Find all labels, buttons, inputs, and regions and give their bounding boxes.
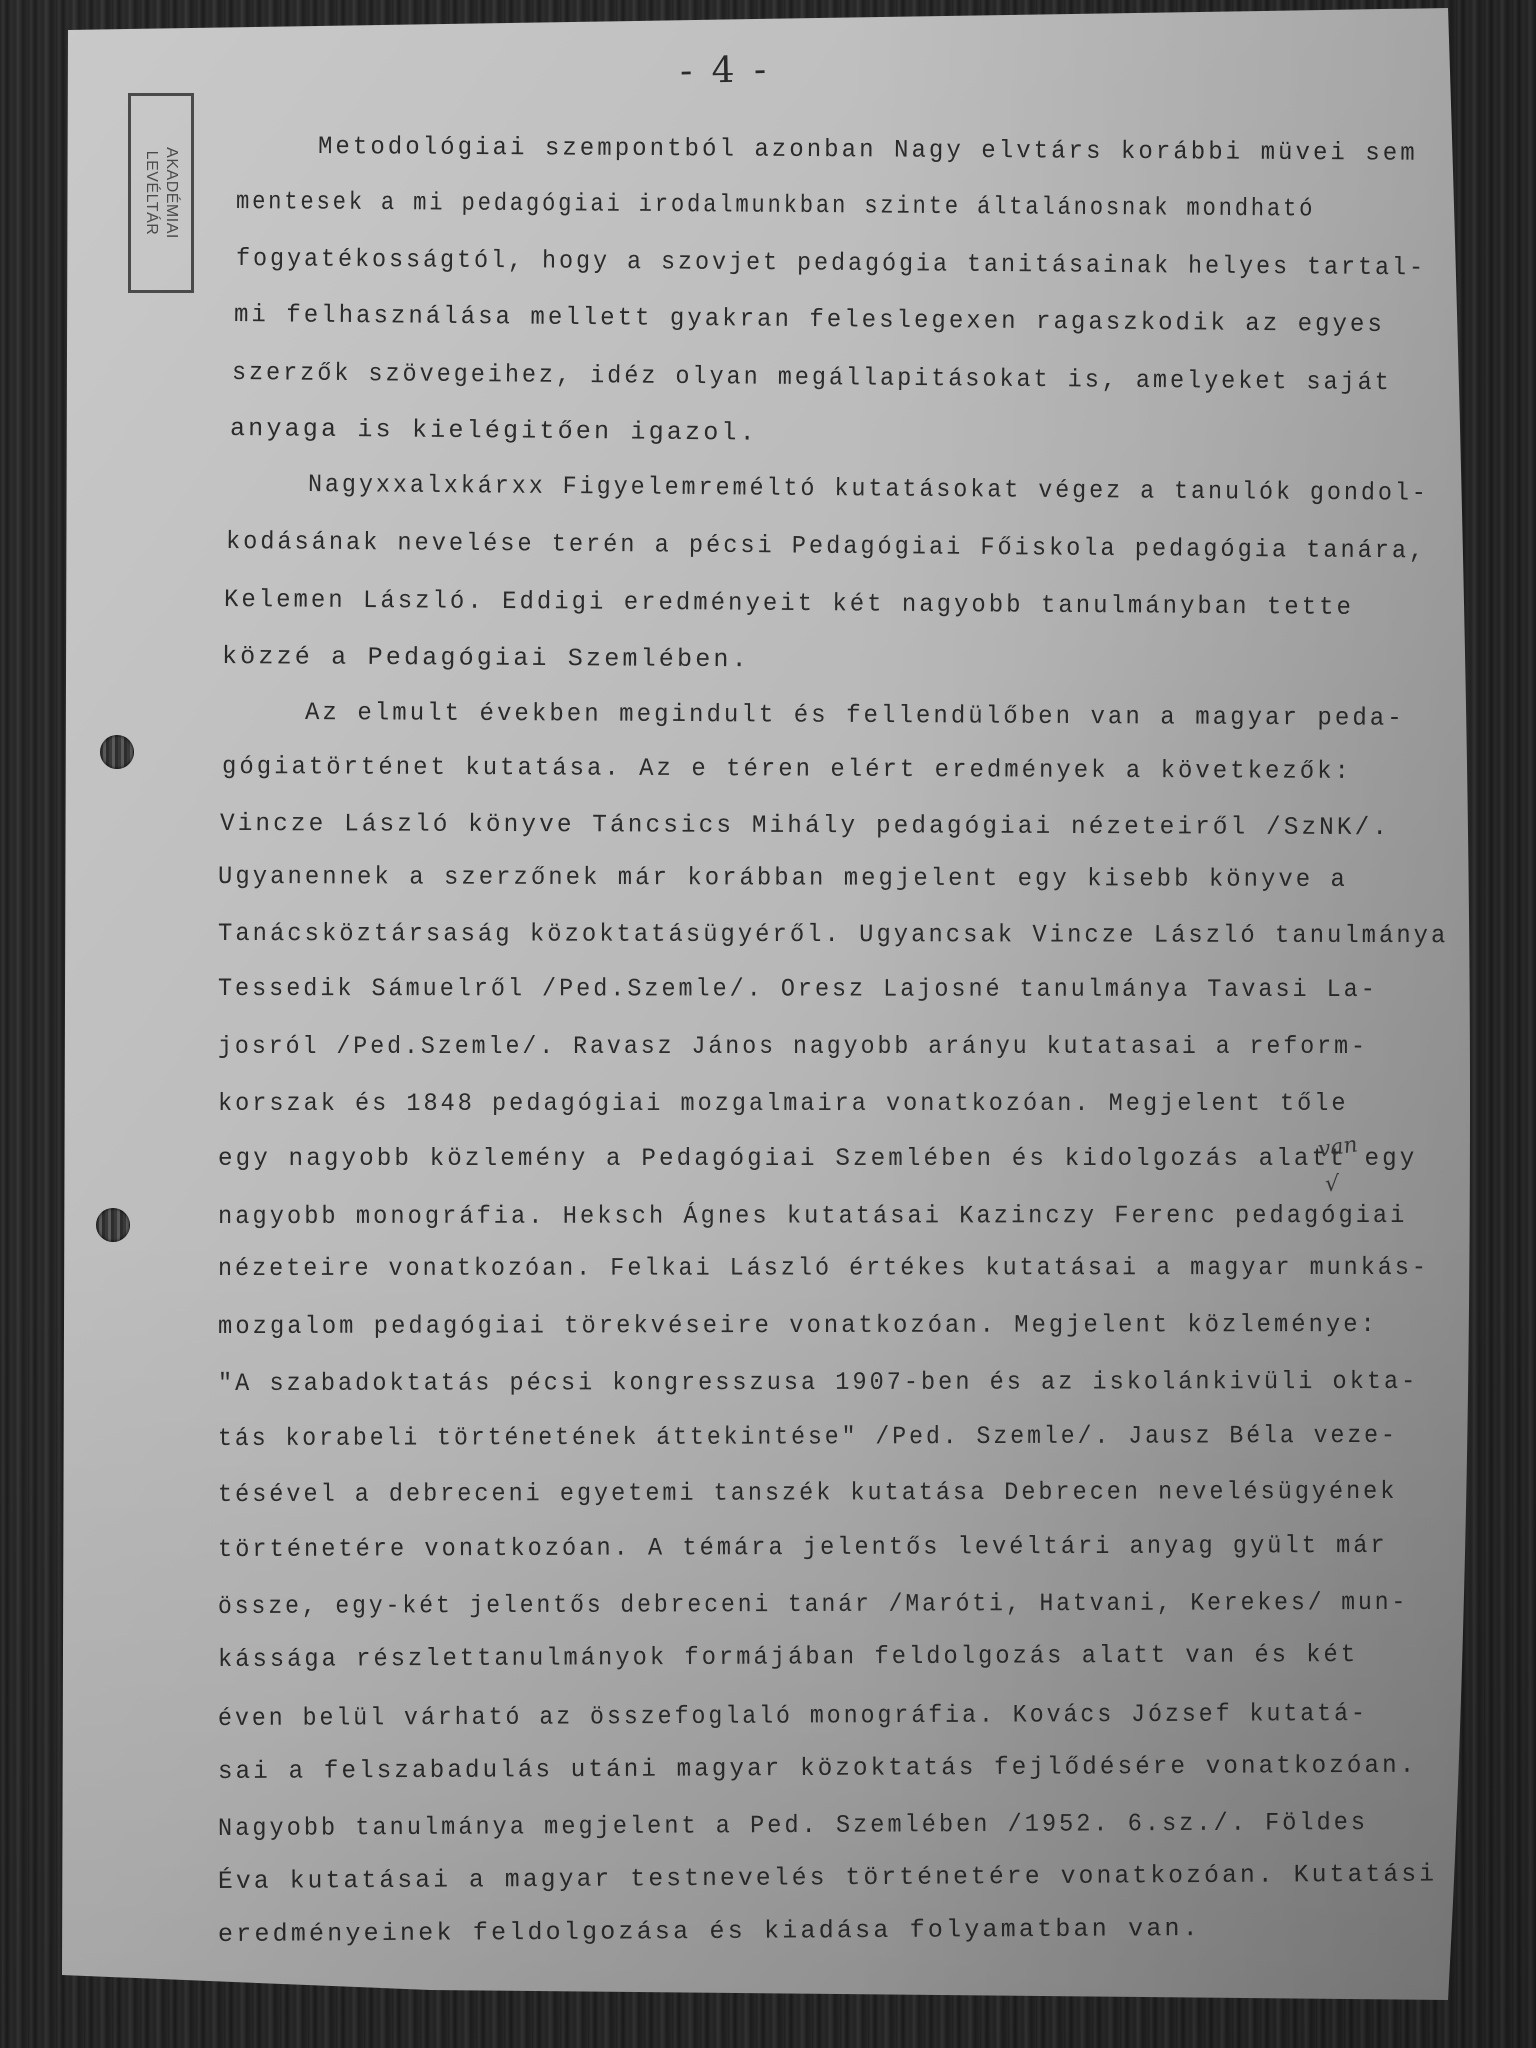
text-line: egy nagyobb közlemény a Pedagógiai Szeml… bbox=[218, 1144, 1417, 1173]
text-line: mentesek a mi pedagógiai irodalmunkban s… bbox=[236, 187, 1316, 224]
insertion-mark-icon: √ bbox=[1325, 1172, 1339, 1197]
punch-hole-icon bbox=[100, 735, 134, 769]
text-line: mozgalom pedagógiai törekvéseire vonatko… bbox=[218, 1310, 1378, 1341]
text-line: Az elmult években megindult és fellendül… bbox=[305, 698, 1405, 733]
text-line: Éva kutatásai a magyar testnevelés törté… bbox=[218, 1860, 1437, 1896]
text-line: sai a felszabadulás utáni magyar közokta… bbox=[218, 1751, 1418, 1786]
text-line: kodásának nevelése terén a pécsi Pedagóg… bbox=[226, 527, 1426, 565]
text-line: Nagyxxalxkárxx Figyelemreméltó kutatások… bbox=[308, 470, 1429, 508]
text-line: Ugyanennek a szerzőnek már korábban megj… bbox=[218, 862, 1348, 894]
text-line: Tessedik Sámuelről /Ped.Szemle/. Oresz L… bbox=[218, 974, 1378, 1004]
text-line: éven belül várható az összefoglaló monog… bbox=[218, 1699, 1368, 1733]
text-line: Kelemen László. Eddigi eredményeit két n… bbox=[224, 585, 1354, 622]
archive-stamp: AKADÉMIAI LEVÉLTÁR bbox=[128, 93, 194, 293]
text-line: "A szabadoktatás pécsi kongresszusa 1907… bbox=[218, 1367, 1418, 1398]
document-page: - 4 - AKADÉMIAI LEVÉLTÁR Metodológiai sz… bbox=[0, 0, 1536, 2048]
text-line: Metodológiai szempontból azonban Nagy el… bbox=[318, 132, 1418, 168]
text-line: fogyatékosságtól, hogy a szovjet pedagóg… bbox=[236, 244, 1426, 282]
text-line: Vincze László könyve Táncsics Mihály ped… bbox=[220, 809, 1390, 842]
stamp-line-2: LEVÉLTÁR bbox=[141, 147, 161, 239]
text-line: kássága részlettanulmányok formájában fe… bbox=[218, 1640, 1358, 1674]
text-line: nézeteire vonatkozóan. Felkai László ért… bbox=[218, 1253, 1429, 1283]
text-line: tésével a debreceni egyetemi tanszék kut… bbox=[218, 1477, 1397, 1509]
stamp-line-1: AKADÉMIAI bbox=[161, 147, 181, 239]
text-line: össze, egy-két jelentős debreceni tanár … bbox=[218, 1588, 1408, 1621]
page-number: - 4 - bbox=[680, 49, 771, 92]
text-line: történetére vonatkozóan. A témára jelent… bbox=[218, 1531, 1388, 1564]
text-line: közzé a Pedagógiai Szemlében. bbox=[222, 642, 750, 674]
text-line: anyaga is kielégitően igazol. bbox=[230, 414, 758, 448]
text-line: Nagyobb tanulmánya megjelent a Ped. Szem… bbox=[218, 1808, 1368, 1843]
punch-hole-icon bbox=[96, 1208, 130, 1242]
text-line: eredményeinek feldolgozása és kiadása fo… bbox=[218, 1914, 1201, 1949]
text-line: tás korabeli történetének áttekintése" /… bbox=[218, 1421, 1398, 1453]
text-line: szerzők szövegeihez, idéz olyan megállap… bbox=[232, 358, 1392, 397]
text-line: mi felhasználása mellett gyakran felesle… bbox=[234, 300, 1385, 339]
text-line: Tanácsköztársaság közoktatásügyéről. Ugy… bbox=[218, 919, 1448, 950]
text-line: korszak és 1848 pedagógiai mozgalmaira v… bbox=[218, 1089, 1348, 1118]
text-line: josról /Ped.Szemle/. Ravasz János nagyob… bbox=[218, 1032, 1368, 1061]
text-line: gógiatörténet kutatása. Az e téren elért… bbox=[222, 752, 1352, 786]
text-line: nagyobb monográfia. Heksch Ágnes kutatás… bbox=[218, 1201, 1407, 1231]
